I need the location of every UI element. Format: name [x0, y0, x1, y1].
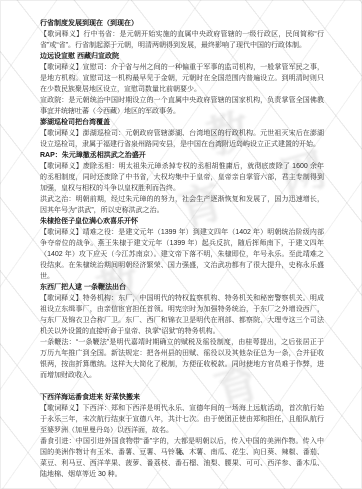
body-paragraph: 【歌词释义】下西洋：郑和下西洋是明代永乐、宣德年间的一场海上远航活动，首次航行始… [40, 403, 324, 436]
page-number: 6 [0, 450, 362, 457]
body-paragraph: 番食引进：中国引进外国食物带“番”字的，大都是明朝以后，传入中国的美洲作物。传入… [40, 436, 324, 480]
body-paragraph: 【歌词释义】特务机构：东厂，中国明代的特权监察机构、特务机关和秘密警察机关。明成… [40, 293, 324, 337]
section-heading: RAP：朱元璋撤丞相洪武之治盛开 [40, 150, 324, 161]
document-page: 教育网教育 行省制度发展到现在（到现在）【歌词释义】行中书省：是元朝开始实施的直… [0, 0, 362, 489]
section-heading: 朱棣抢侄子皇位满心欢喜乐开怀 [40, 216, 324, 227]
body-paragraph: 一条鞭法：“一条鞭法”是明代嘉靖时期确立的赋税及徭役制度，由桂萼提出，之后张居正… [40, 337, 324, 381]
body-paragraph: 【歌词释义】靖难之役：是建文元年（1399 年）到建文四年（1402 年）明朝统… [40, 227, 324, 282]
body-paragraph: 【歌词释义】行中书省：是元朝开始实施的直属中央政府管辖的一级行政区，民间简称“行… [40, 29, 324, 51]
section-spacer [40, 381, 324, 392]
body-paragraph: 【歌词释义】宣慰司：介于省与州之间的一种偏重于军事的监司机构，一般掌管军民之事，… [40, 62, 324, 95]
section-heading: 行省制度发展到现在（到现在） [40, 18, 324, 29]
document-content: 行省制度发展到现在（到现在）【歌词释义】行中书省：是元朝开始实施的直属中央政府管… [40, 18, 324, 480]
section-heading: 东西厂把人逮 一条鞭法出台 [40, 282, 324, 293]
section-heading: 澎湖巡检司把台湾覆盖 [40, 117, 324, 128]
body-paragraph: 洪武之治：明朝前期，经过朱元璋的的努力，社会生产逐渐恢复和发展了，国力迅速增长，… [40, 194, 324, 216]
section-heading: 边远设宣慰 西藏归宣政院 [40, 51, 324, 62]
body-paragraph: 【歌词释义】废除丞相：明太祖朱元璋杀掉专权的丞相胡惟庸后，就彻底废除了 1600… [40, 161, 324, 194]
body-paragraph: 【歌词释义】澎湖巡检司：元朝政府管辖澎湖、台湾地区的行政机构。元世祖灭宋后在澎湖… [40, 128, 324, 150]
body-paragraph: 宣政院：是元朝统治中国时期设立的一个直属中央政府管辖的国家机构，负责掌管全国佛教… [40, 95, 324, 117]
section-heading: 下西洋海运番食进来 好菜快搬来 [40, 392, 324, 403]
